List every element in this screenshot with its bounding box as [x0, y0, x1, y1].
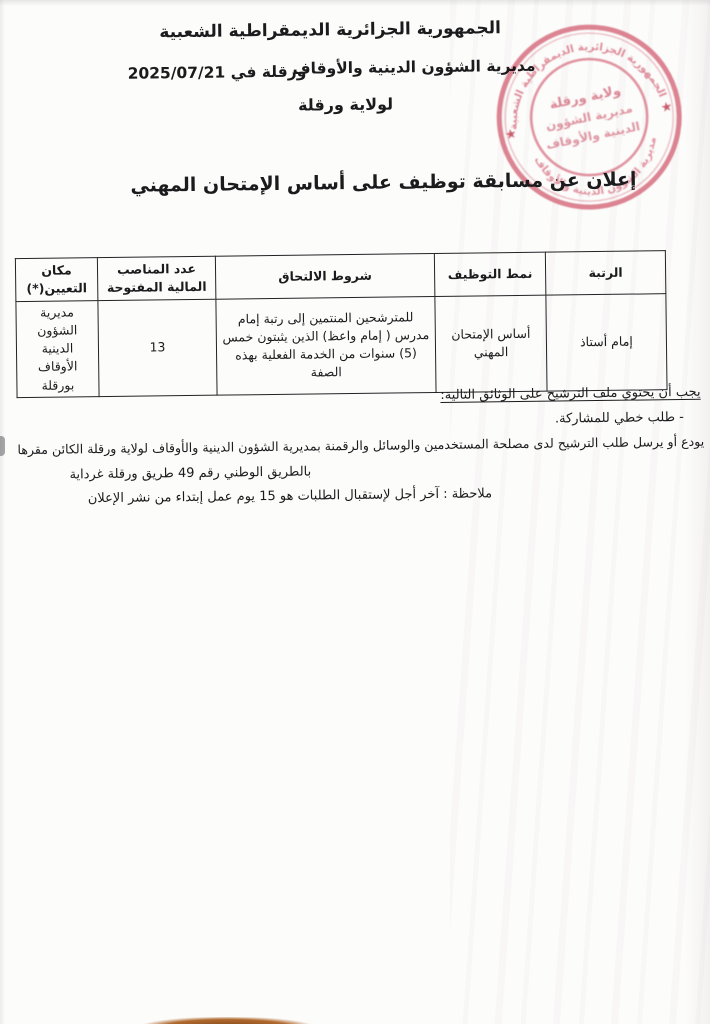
address-line: بالطريق الوطني رقم 49 طريق ورقلة غرداية	[69, 465, 311, 483]
col-header-assignment-place: مكان التعيين(*)	[15, 258, 98, 302]
cell-recruitment-mode: أساس الإمتحان المهني	[435, 295, 547, 392]
submission-line: يودع أو يرسل طلب الترشيح لدى مصلحة المست…	[17, 434, 704, 457]
required-documents-heading: يجب أن يحتوي ملف الترشيح على الوثائق الت…	[440, 385, 700, 403]
col-header-open-posts: عدد المناصب المالية المفتوحة	[97, 256, 216, 300]
col-header-recruitment-mode: نمط التوظيف	[434, 252, 546, 296]
date-line: ورقلة في 2025/07/21	[128, 63, 307, 83]
cell-assignment-place: مديرية الشؤون الدينية الأوقاف بورقلة	[16, 301, 99, 398]
table-row: إمام أستاذ أساس الإمتحان المهني للمترشحي…	[16, 294, 667, 398]
col-header-rank: الرتبة	[545, 251, 666, 295]
scanned-document: الجمهورية الجزائرية الديمقراطية الشعبية …	[0, 0, 710, 1024]
col-header-eligibility: شروط الالتحاق	[215, 254, 435, 300]
remark-line: ملاحظة : آخر أجل لإستقبال الطلبات هو 15 …	[88, 486, 492, 506]
cell-eligibility: للمترشحين المنتمين إلى رتبة إمام مدرس ( …	[216, 297, 436, 395]
cell-rank: إمام أستاذ	[546, 294, 667, 391]
recruitment-table: الرتبة نمط التوظيف شروط الالتحاق عدد الم…	[15, 250, 668, 398]
wilaya-line: لولاية ورقلة	[298, 95, 393, 115]
document-item: - طلب خطي للمشاركة.	[555, 410, 684, 427]
cell-open-posts: 13	[98, 299, 217, 396]
document-content: الجمهورية الجزائرية الديمقراطية الشعبية …	[0, 0, 710, 1024]
official-stamp-icon: الجمهورية الجزائرية الديمقراطية الشعبية …	[476, 4, 703, 231]
